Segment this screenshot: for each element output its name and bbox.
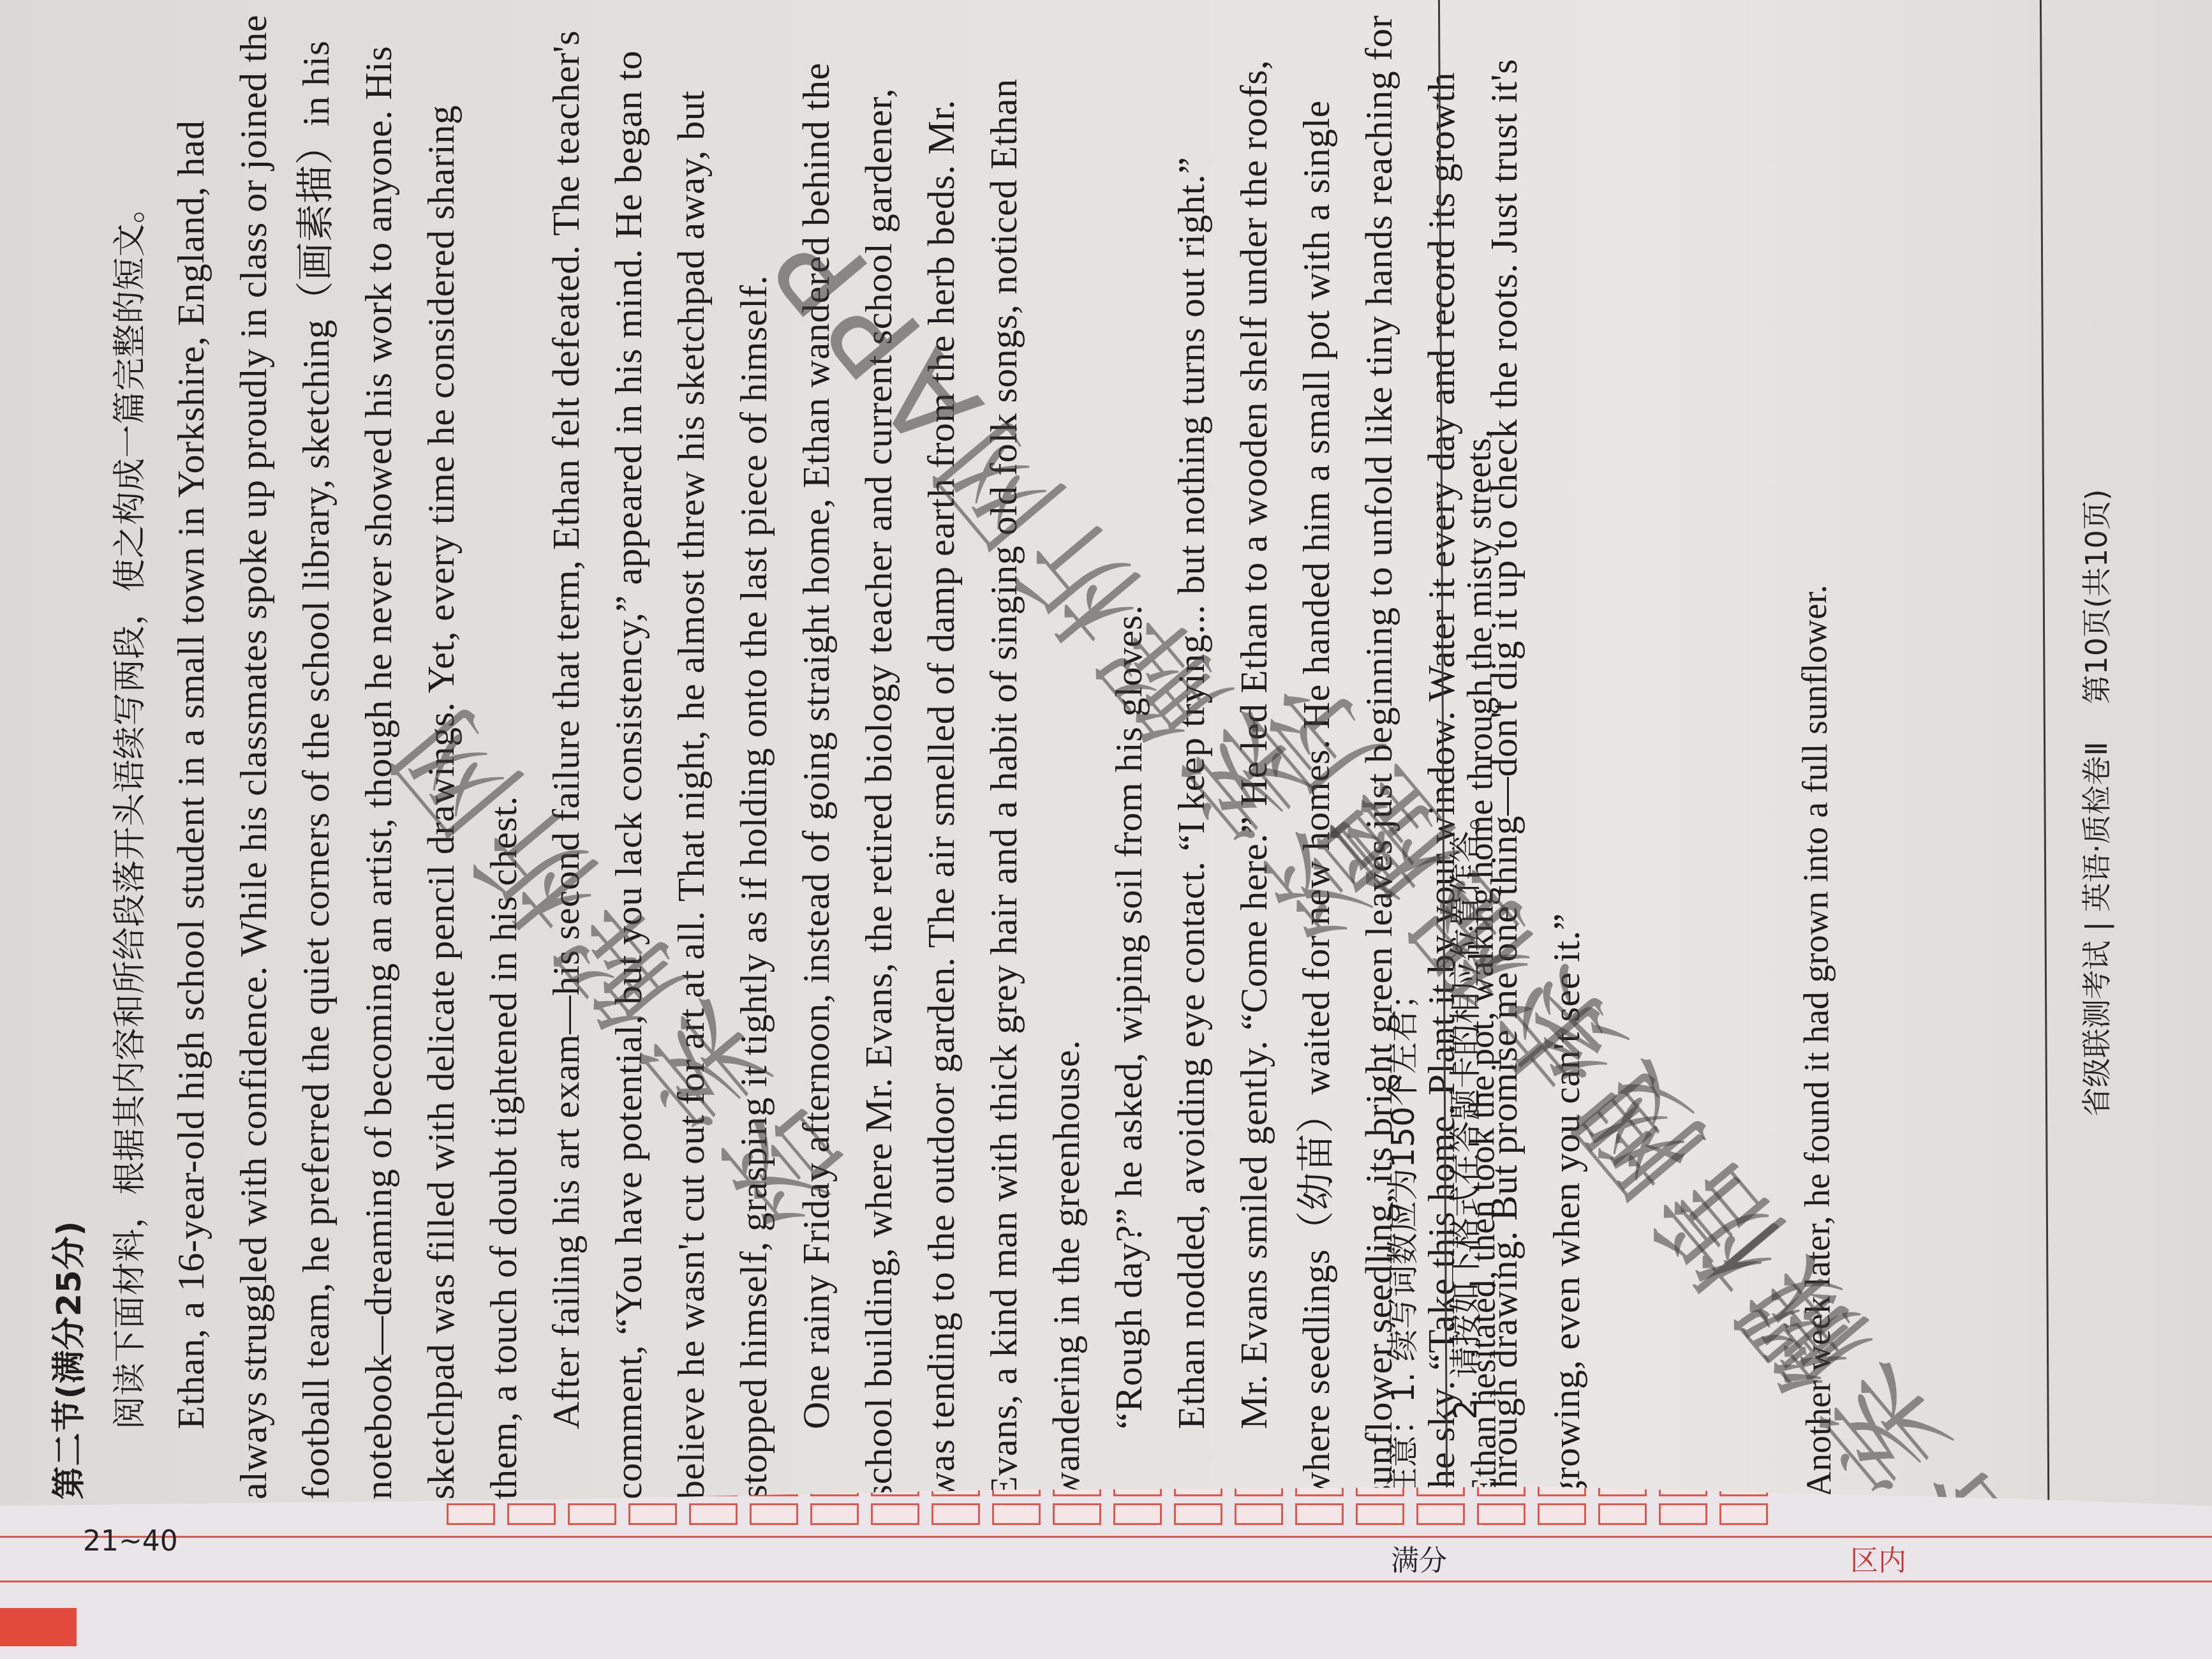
answer-sheet-range-label: 21~40 <box>83 1525 178 1558</box>
passage-line: sketchpad was filled with delicate penci… <box>410 15 472 1499</box>
question-paper: 第二节(满分25分) 阅读下面材料，根据其内容和所给段落开头语续写两段，使之构成… <box>0 0 2212 1659</box>
passage-line: stopped himself, grasping it tightly as … <box>722 15 785 1499</box>
passage-paragraph: Ethan nodded, avoiding eye contact. “I k… <box>1160 15 1222 1499</box>
passage-paragraph: “Rough day?” he asked, wiping soil from … <box>1097 15 1160 1499</box>
notes-item-1: 1. 续写词数应为150个左右； <box>1384 977 1421 1402</box>
answer-bubble[interactable] <box>1719 1503 1768 1525</box>
answer-bubble[interactable] <box>568 1503 616 1525</box>
answer-bubble[interactable] <box>507 1503 556 1525</box>
answer-bubble[interactable] <box>1235 1503 1283 1525</box>
passage-line: Evans, a kind man with thick grey hair a… <box>972 15 1035 1499</box>
answer-bubble[interactable] <box>1295 1503 1344 1525</box>
section-instruction: 阅读下面材料，根据其内容和所给段落开头语续写两段，使之构成一篇完整的短文。 <box>99 190 161 1429</box>
continuation-answer-box[interactable]: Ethan hesitated, then took the pot, walk… <box>1438 0 2050 1507</box>
passage-line: them, a touch of doubt tightened in his … <box>472 15 535 1499</box>
footer-page-info: 第10页(共10页) <box>2079 489 2114 704</box>
page-footer: 省级联测考试 | 英语·质检卷Ⅱ 第10页(共10页) <box>2074 489 2116 1117</box>
passage-paragraph: One rainy Friday afternoon, instead of g… <box>785 15 1097 1499</box>
answer-sheet-rule <box>0 1581 2212 1582</box>
passage-line: wandering in the greenhouse. <box>1035 15 1097 1499</box>
footer-exam-name: 省级联测考试 <box>2079 941 2114 1117</box>
passage-line: believe he wasn't cut out for art at all… <box>660 15 722 1499</box>
answer-bubble[interactable] <box>1356 1503 1404 1525</box>
section-title: 第二节(满分25分) <box>38 1221 101 1499</box>
passage-line: One rainy Friday afternoon, instead of g… <box>785 15 847 1499</box>
answer-bubble[interactable] <box>932 1503 980 1525</box>
answer-bubble[interactable] <box>750 1503 798 1525</box>
answer-bubble[interactable] <box>689 1503 738 1525</box>
passage-line: After failing his art exam—his second fa… <box>535 15 597 1499</box>
answer-bubble[interactable] <box>871 1503 919 1525</box>
passage-paragraph: After failing his art exam—his second fa… <box>535 15 785 1499</box>
answer-bubble[interactable] <box>1538 1503 1586 1525</box>
passage-line: always struggled with confidence. While … <box>222 15 285 1499</box>
answer-sheet-score-label: 满分 <box>1391 1538 1447 1579</box>
answer-bubble[interactable] <box>992 1503 1041 1525</box>
answer-bubble[interactable] <box>1053 1503 1101 1525</box>
answer-bubble[interactable] <box>1659 1503 1707 1525</box>
passage-line: comment, “You have potential, but you la… <box>597 15 660 1499</box>
answer-bubble[interactable] <box>1174 1503 1222 1525</box>
answer-sheet-rule <box>0 1536 2212 1538</box>
answer-bubble[interactable] <box>810 1503 859 1525</box>
answer-opening-2: Another week later, he found it had grow… <box>1794 584 1839 1497</box>
notes-line-1: 注意：1. 续写词数应为150个左右； <box>1372 798 1434 1499</box>
answer-bubble[interactable] <box>1477 1503 1525 1525</box>
passage-line: where seedlings（幼苗）waited for new homes.… <box>1285 15 1347 1499</box>
answer-bubble[interactable] <box>628 1503 677 1525</box>
exam-page: 21~40 满分 区内 第二节(满分25分) 阅读下面材料，根据其内容和所给段落… <box>0 0 2212 1659</box>
answer-opening-1: Ethan hesitated, then took the pot, walk… <box>1458 429 1504 1499</box>
footer-divider: | <box>2079 912 2114 931</box>
passage-line: school building, where Mr. Evans, the re… <box>847 15 910 1499</box>
answer-bubble[interactable] <box>1416 1503 1465 1525</box>
answer-bubble[interactable] <box>447 1503 495 1525</box>
passage-line: Mr. Evans smiled gently. “Come here.” He… <box>1222 15 1285 1499</box>
answer-sheet-region-label: 区内 <box>1850 1538 1906 1579</box>
notes-label: 注意： <box>1384 1403 1421 1500</box>
passage-line: was tending to the outdoor garden. The a… <box>910 15 972 1499</box>
passage-line: Ethan, a 16-year-old high school student… <box>160 15 222 1499</box>
passage-line: “Rough day?” he asked, wiping soil from … <box>1097 15 1160 1499</box>
answer-bubble[interactable] <box>1113 1503 1162 1525</box>
passage-line: football team, he preferred the quiet co… <box>285 15 347 1499</box>
answer-sheet-red-bar <box>0 1608 77 1646</box>
passage-line: notebook—dreaming of becoming an artist,… <box>347 15 410 1499</box>
answer-bubble[interactable] <box>1598 1503 1647 1525</box>
passage-paragraph: Ethan, a 16-year-old high school student… <box>160 15 535 1499</box>
footer-subject: 英语·质检卷Ⅱ <box>2079 741 2114 912</box>
passage-line: Ethan nodded, avoiding eye contact. “I k… <box>1160 15 1222 1499</box>
